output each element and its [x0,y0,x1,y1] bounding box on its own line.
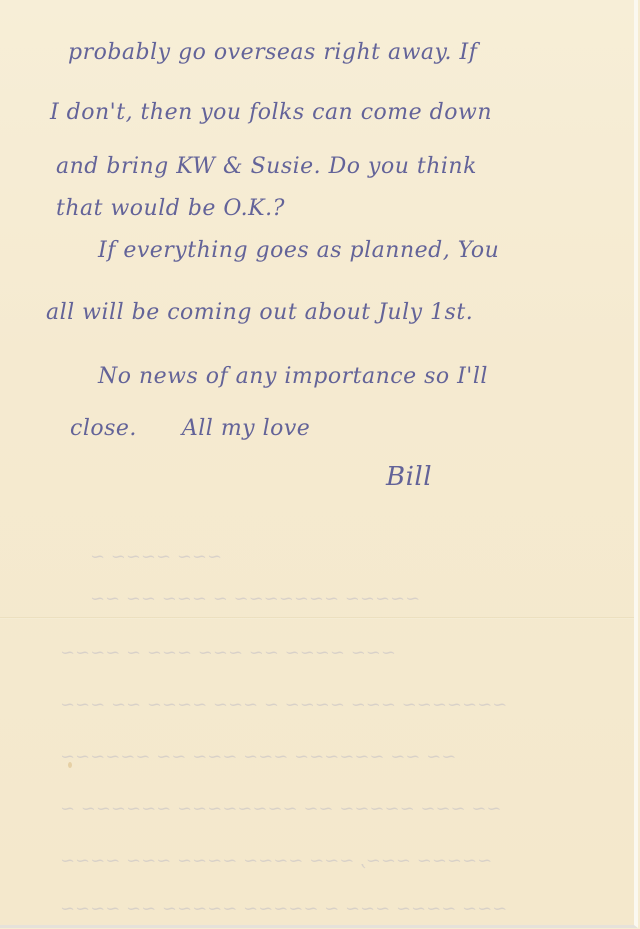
letter-line: that would be O.K.? [56,196,285,221]
bleed-through-text: ~~~~~~~ ~~~ ~~~~ ~ ~~~ ~~~~ ~~ ~~~ [60,694,507,715]
bleed-through-text: ~~~ ~~~~ ~~ ~~~ ~~~ ~ ~~~~ [60,642,396,663]
signature: Bill [386,462,432,492]
letter-page: ~~~ ~~~~ ~ ~~~~~ ~~~~~~~ ~ ~~~ ~~ ~~ ~~~… [0,0,638,928]
letter-line: probably go overseas right away. If [68,40,477,65]
letter-line: I don't, then you folks can come down [50,100,492,125]
letter-line: all will be coming out about July 1st. [46,300,473,325]
bleed-through-text: ~~~ ~~~~ ~ [90,546,222,567]
bleed-through-text: ~~ ~~~ ~~~~~ ~~ ~~~~~~~~ ~~~~~~ ~ [60,798,502,819]
bleed-through-text: ~~~~~ ~~~~~~~ ~ ~~~ ~~ ~~ [90,588,420,609]
bleed-through-text: ~~~~~ ~~~, ~~~ ~~~~ ~~~~ ~~~ ~~~~ [60,850,492,871]
paper-fold-line [0,617,634,619]
letter-line: close. All my love [70,416,310,441]
letter-line: If everything goes as planned, You [98,238,499,263]
letter-line: No news of any importance so I'll [98,364,488,389]
bleed-through-text: ~~~ ~~~~ ~~~ ~ ~~~~~ ~~~~~ ~~ ~~~~ [60,898,507,919]
letter-line: and bring KW & Susie. Do you think [56,154,477,179]
bleed-through-text: ~~ ~~ ~~~~~~ ~~~ ~~~ ~~ ~~~~~~ [60,746,456,767]
